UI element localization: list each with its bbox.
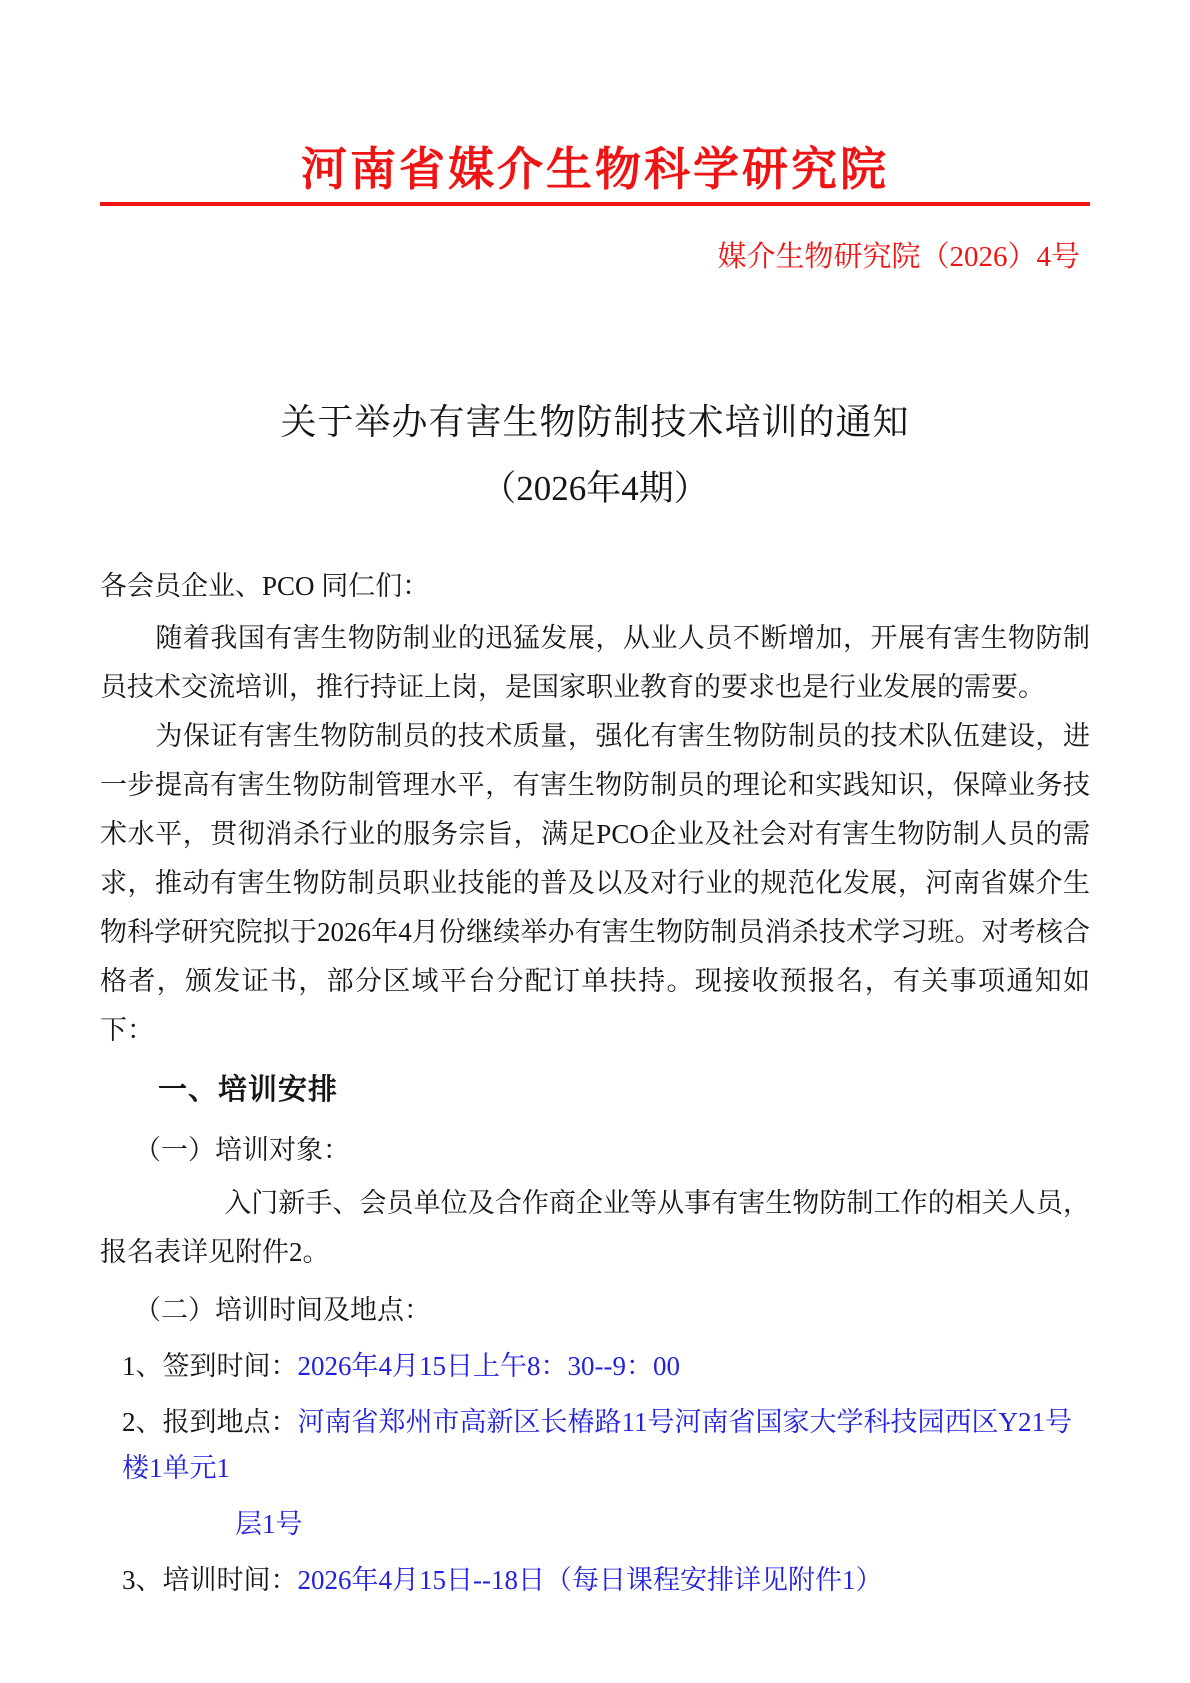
notice-title: 关于举办有害生物防制技术培训的通知 xyxy=(100,400,1090,444)
letterhead-org-title: 河南省媒介生物科学研究院 xyxy=(100,140,1090,206)
document-number: 媒介生物研究院（2026）4号 xyxy=(100,240,1090,274)
item-label: 1、签到时间： xyxy=(122,1351,298,1381)
list-item-signin-time: 1、签到时间：2026年4月15日上午8：30--9：00 xyxy=(122,1343,1090,1389)
item-label: 2、报到地点： xyxy=(122,1407,298,1437)
body-paragraph-2: 为保证有害生物防制员的技术质量，强化有害生物防制员的技术队伍建设，进一步提高有害… xyxy=(100,712,1090,1055)
signin-time-value: 2026年4月15日上午8：30--9：00 xyxy=(298,1351,680,1381)
salutation: 各会员企业、PCO 同仁们： xyxy=(100,566,1090,606)
report-location-value-line2: 层1号 xyxy=(235,1501,1090,1547)
subsection-training-target-heading: （一）培训对象： xyxy=(134,1127,1090,1173)
body-paragraph-1: 随着我国有害生物防制业的迅猛发展，从业人员不断增加，开展有害生物防制员技术交流培… xyxy=(100,614,1090,712)
notice-subtitle: （2026年4期） xyxy=(100,468,1090,510)
list-item-report-location: 2、报到地点：河南省郑州市高新区长椿路11号河南省国家大学科技园西区Y21号楼1… xyxy=(122,1399,1090,1547)
document-page: 河南省媒介生物科学研究院 媒介生物研究院（2026）4号 关于举办有害生物防制技… xyxy=(0,0,1190,1683)
item-label: 3、培训时间： xyxy=(122,1565,298,1595)
training-target-paragraph: 入门新手、会员单位及合作商企业等从事有害生物防制工作的相关人员，报名表详见附件2… xyxy=(100,1179,1090,1277)
training-time-value: 2026年4月15日--18日（每日课程安排详见附件1） xyxy=(298,1565,883,1595)
subsection-time-location-heading: （二）培训时间及地点： xyxy=(134,1287,1090,1333)
section-heading-training-arrangement: 一、培训安排 xyxy=(158,1067,1090,1113)
list-item-training-time: 3、培训时间：2026年4月15日--18日（每日课程安排详见附件1） xyxy=(122,1557,1090,1603)
